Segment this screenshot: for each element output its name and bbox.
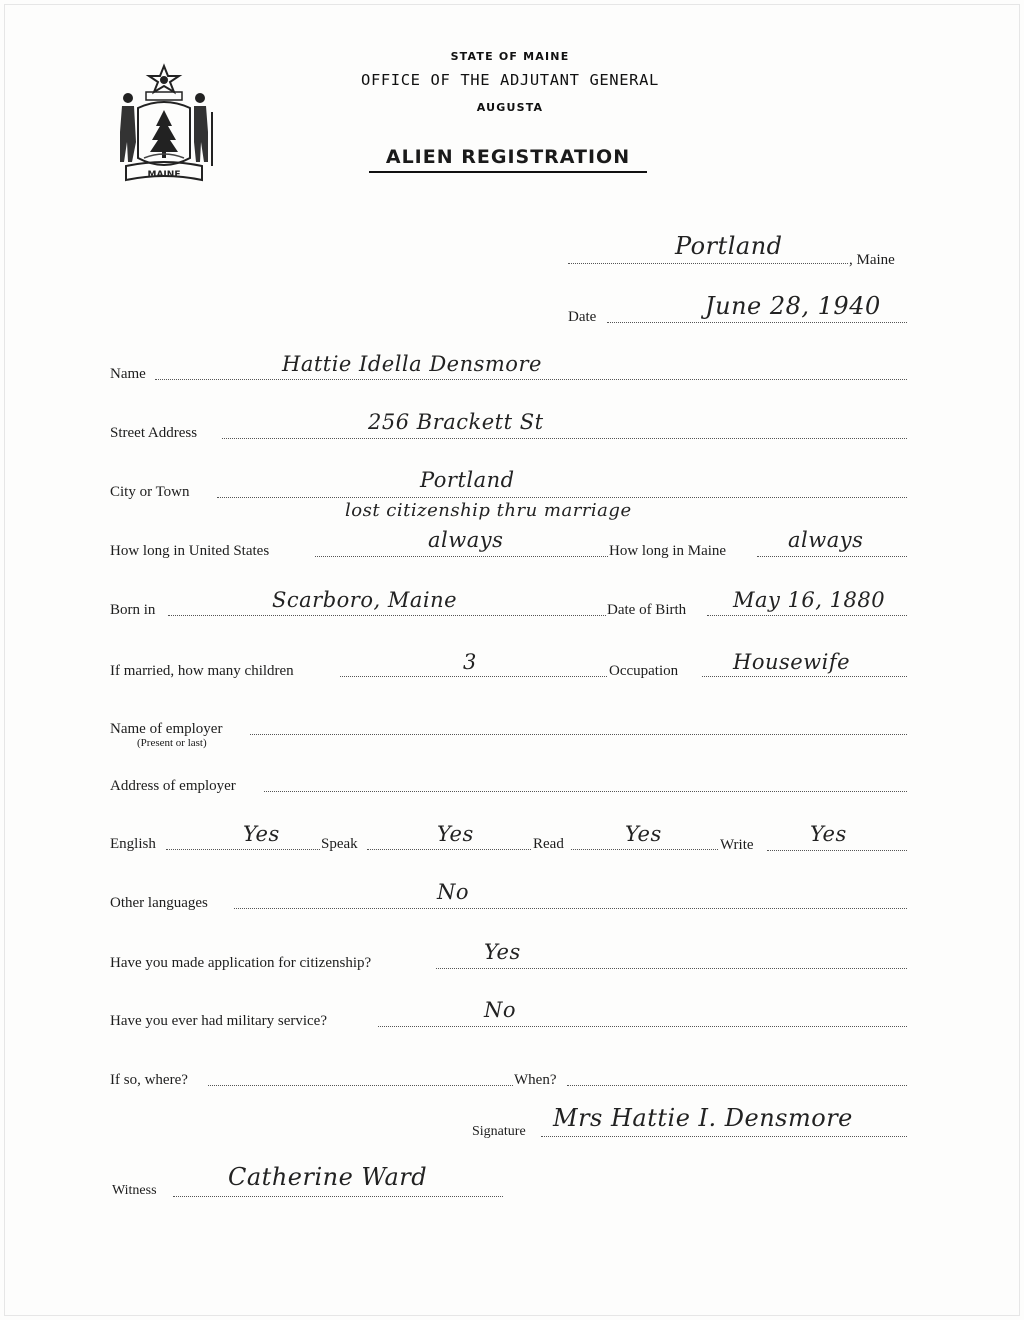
svg-text:MAINE: MAINE xyxy=(148,170,181,180)
us-duration-line xyxy=(315,556,608,557)
name-label: Name xyxy=(110,366,146,383)
write-value: Yes xyxy=(810,822,847,846)
english-line xyxy=(166,849,320,850)
where-line xyxy=(208,1085,513,1086)
military-service-value: No xyxy=(484,998,516,1022)
employer-name-sublabel: (Present or last) xyxy=(137,737,207,749)
city-value: Portland xyxy=(420,468,515,492)
witness-value: Catherine Ward xyxy=(228,1163,427,1191)
dob-value: May 16, 1880 xyxy=(733,588,885,612)
born-in-label: Born in xyxy=(110,602,155,619)
form-title: ALIEN REGISTRATION xyxy=(369,146,647,173)
read-value: Yes xyxy=(625,822,662,846)
street-label: Street Address xyxy=(110,425,197,442)
born-in-line xyxy=(168,615,606,616)
occupation-line xyxy=(702,676,907,677)
citizenship-application-line xyxy=(436,968,907,969)
us-duration-label: How long in United States xyxy=(110,543,269,560)
dob-label: Date of Birth xyxy=(607,602,686,619)
street-line xyxy=(222,438,907,439)
write-label: Write xyxy=(720,837,754,854)
date-value: June 28, 1940 xyxy=(705,292,881,320)
other-languages-line xyxy=(234,908,907,909)
date-label: Date xyxy=(568,309,596,326)
maine-duration-line xyxy=(757,556,907,557)
citizenship-application-value: Yes xyxy=(484,940,521,964)
english-value: Yes xyxy=(243,822,280,846)
place-line xyxy=(568,263,848,264)
other-languages-label: Other languages xyxy=(110,895,208,912)
speak-value: Yes xyxy=(437,822,474,846)
children-value: 3 xyxy=(463,650,477,674)
occupation-value: Housewife xyxy=(733,650,850,674)
read-line xyxy=(571,849,718,850)
write-line xyxy=(767,850,907,851)
when-label: When? xyxy=(514,1072,556,1089)
header-office: OFFICE OF THE ADJUTANT GENERAL xyxy=(340,71,680,89)
employer-name-line xyxy=(250,734,907,735)
employer-address-label: Address of employer xyxy=(110,778,236,795)
witness-label: Witness xyxy=(112,1183,157,1199)
place-value: Portland xyxy=(675,232,783,260)
employer-name-label: Name of employer xyxy=(110,721,222,738)
maine-state-seal-icon: MAINE xyxy=(108,62,220,188)
children-label: If married, how many children xyxy=(110,663,294,680)
where-label: If so, where? xyxy=(110,1072,188,1089)
citizenship-note: lost citizenship thru marriage xyxy=(345,500,632,521)
employer-address-line xyxy=(264,791,907,792)
name-value: Hattie Idella Densmore xyxy=(282,352,542,376)
children-line xyxy=(340,676,607,677)
maine-duration-label: How long in Maine xyxy=(609,543,726,560)
place-suffix: , Maine xyxy=(849,252,895,269)
signature-line xyxy=(541,1136,907,1137)
english-label: English xyxy=(110,836,156,853)
military-service-line xyxy=(378,1026,907,1027)
read-label: Read xyxy=(533,836,564,853)
other-languages-value: No xyxy=(437,880,469,904)
born-in-value: Scarboro, Maine xyxy=(272,588,457,612)
witness-line xyxy=(173,1196,503,1197)
name-line xyxy=(155,379,907,380)
us-duration-value: always xyxy=(428,528,503,552)
maine-duration-value: always xyxy=(788,528,863,552)
city-label: City or Town xyxy=(110,484,190,501)
date-line xyxy=(607,322,907,323)
header-city: AUGUSTA xyxy=(340,101,680,114)
page-border xyxy=(4,4,1020,1316)
city-line xyxy=(217,497,907,498)
header-state: STATE OF MAINE xyxy=(340,50,680,63)
dob-line xyxy=(707,615,907,616)
speak-label: Speak xyxy=(321,836,358,853)
signature-label: Signature xyxy=(472,1124,526,1140)
signature-value: Mrs Hattie I. Densmore xyxy=(553,1104,853,1132)
citizenship-application-label: Have you made application for citizenshi… xyxy=(110,955,371,972)
occupation-label: Occupation xyxy=(609,663,678,680)
speak-line xyxy=(367,849,531,850)
street-value: 256 Brackett St xyxy=(368,410,544,434)
when-line xyxy=(567,1085,907,1086)
military-service-label: Have you ever had military service? xyxy=(110,1013,327,1030)
